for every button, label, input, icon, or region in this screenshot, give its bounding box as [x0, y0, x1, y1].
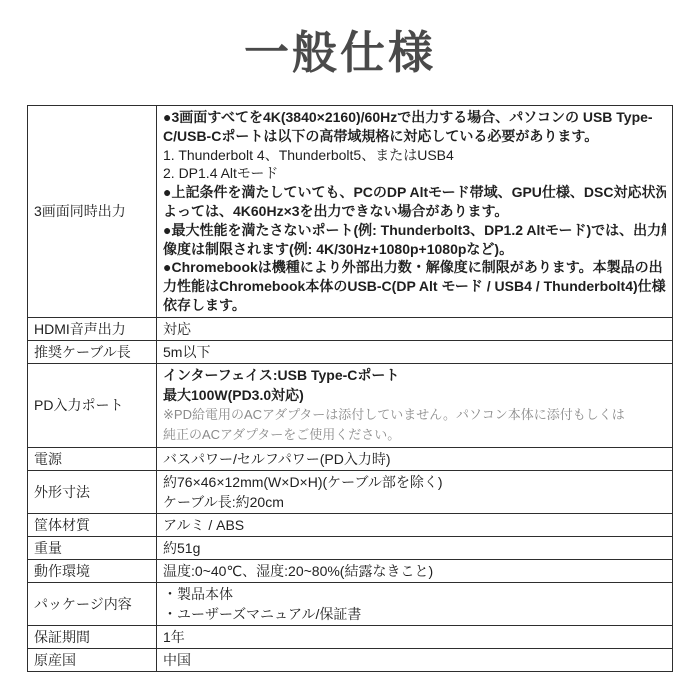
- spec-label: パッケージ内容: [28, 582, 157, 625]
- table-row: PD入力ポートインターフェイス:USB Type-Cポート最大100W(PD3.…: [28, 363, 673, 447]
- spec-value: 温度:0~40℃、湿度:20~80%(結露なきこと): [157, 559, 673, 582]
- spec-value-line: アルミ / ABS: [163, 515, 666, 535]
- spec-value-line: ●3画面すべてを4K(3840×2160)/60Hzで出力する場合、パソコンの …: [163, 108, 666, 127]
- spec-value-line: ・製品本体: [163, 584, 666, 604]
- spec-value: 中国: [157, 648, 673, 671]
- spec-value: 約76×46×12mm(W×D×H)(ケーブル部を除く)ケーブル長:約20cm: [157, 470, 673, 513]
- table-row: 重量約51g: [28, 536, 673, 559]
- spec-value: アルミ / ABS: [157, 513, 673, 536]
- table-row: パッケージ内容・製品本体・ユーザーズマニュアル/保証書: [28, 582, 673, 625]
- spec-label: 電源: [28, 447, 157, 470]
- spec-value-line: ・ユーザーズマニュアル/保証書: [163, 604, 666, 624]
- spec-table: 3画面同時出力●3画面すべてを4K(3840×2160)/60Hzで出力する場合…: [27, 105, 673, 672]
- spec-value-line: 依存します。: [163, 296, 666, 315]
- spec-value-line: 純正のACアダプターをご使用ください。: [163, 425, 666, 446]
- spec-label: HDMI音声出力: [28, 317, 157, 340]
- spec-value-line: 対応: [163, 319, 666, 339]
- spec-label: 外形寸法: [28, 470, 157, 513]
- spec-value-line: 約51g: [163, 538, 666, 558]
- table-row: 電源バスパワー/セルフパワー(PD入力時): [28, 447, 673, 470]
- spec-value: 対応: [157, 317, 673, 340]
- table-row: 動作環境温度:0~40℃、湿度:20~80%(結露なきこと): [28, 559, 673, 582]
- spec-value-line: インターフェイス:USB Type-Cポート: [163, 365, 666, 385]
- spec-value-line: バスパワー/セルフパワー(PD入力時): [163, 449, 666, 469]
- spec-value: 5m以下: [157, 340, 673, 363]
- spec-table-body: 3画面同時出力●3画面すべてを4K(3840×2160)/60Hzで出力する場合…: [28, 106, 673, 672]
- spec-value-line: 1年: [163, 627, 666, 647]
- spec-label: 原産国: [28, 648, 157, 671]
- spec-value-line: 約76×46×12mm(W×D×H)(ケーブル部を除く): [163, 472, 666, 492]
- table-row: HDMI音声出力対応: [28, 317, 673, 340]
- spec-value: 約51g: [157, 536, 673, 559]
- spec-label: PD入力ポート: [28, 363, 157, 447]
- spec-value: 1年: [157, 625, 673, 648]
- spec-value-line: 最大100W(PD3.0対応): [163, 385, 666, 405]
- spec-value-line: 5m以下: [163, 342, 666, 362]
- spec-value: バスパワー/セルフパワー(PD入力時): [157, 447, 673, 470]
- table-row: 保証期間1年: [28, 625, 673, 648]
- spec-value-line: C/USB-Cポートは以下の高帯域規格に対応している必要があります。: [163, 127, 666, 146]
- table-row: 3画面同時出力●3画面すべてを4K(3840×2160)/60Hzで出力する場合…: [28, 106, 673, 318]
- spec-value-line: よっては、4K60Hz×3を出力できない場合があります。: [163, 202, 666, 221]
- spec-value-line: 中国: [163, 650, 666, 670]
- spec-value: ・製品本体・ユーザーズマニュアル/保証書: [157, 582, 673, 625]
- spec-label: 保証期間: [28, 625, 157, 648]
- spec-value-line: 1. Thunderbolt 4、Thunderbolt5、またはUSB4: [163, 146, 666, 165]
- table-row: 推奨ケーブル長5m以下: [28, 340, 673, 363]
- spec-label: 動作環境: [28, 559, 157, 582]
- spec-value: インターフェイス:USB Type-Cポート最大100W(PD3.0対応)※PD…: [157, 363, 673, 447]
- spec-label: 重量: [28, 536, 157, 559]
- spec-label: 筐体材質: [28, 513, 157, 536]
- table-row: 原産国中国: [28, 648, 673, 671]
- spec-value-line: ●最大性能を満たさないポート(例: Thunderbolt3、DP1.2 Alt…: [163, 221, 666, 240]
- spec-value-line: 力性能はChromebook本体のUSB-C(DP Alt モード / USB4…: [163, 277, 666, 296]
- table-row: 外形寸法約76×46×12mm(W×D×H)(ケーブル部を除く)ケーブル長:約2…: [28, 470, 673, 513]
- spec-value-line: ●上記条件を満たしていても、PCのDP Altモード帯域、GPU仕様、DSC対応…: [163, 183, 666, 202]
- spec-value-line: ケーブル長:約20cm: [163, 492, 666, 512]
- table-row: 筐体材質アルミ / ABS: [28, 513, 673, 536]
- spec-label: 推奨ケーブル長: [28, 340, 157, 363]
- spec-value-line: ※PD給電用のACアダプターは添付していません。パソコン本体に添付もしくは: [163, 405, 666, 426]
- spec-value-line: ●Chromebookは機種により外部出力数・解像度に制限があります。本製品の出: [163, 258, 666, 277]
- page-title: 一般仕様: [0, 28, 680, 78]
- spec-value: ●3画面すべてを4K(3840×2160)/60Hzで出力する場合、パソコンの …: [157, 106, 673, 318]
- spec-value-line: 温度:0~40℃、湿度:20~80%(結露なきこと): [163, 561, 666, 581]
- spec-label: 3画面同時出力: [28, 106, 157, 318]
- spec-value-line: 像度は制限されます(例: 4K/30Hz+1080p+1080pなど)。: [163, 240, 666, 259]
- spec-value-line: 2. DP1.4 Altモード: [163, 164, 666, 183]
